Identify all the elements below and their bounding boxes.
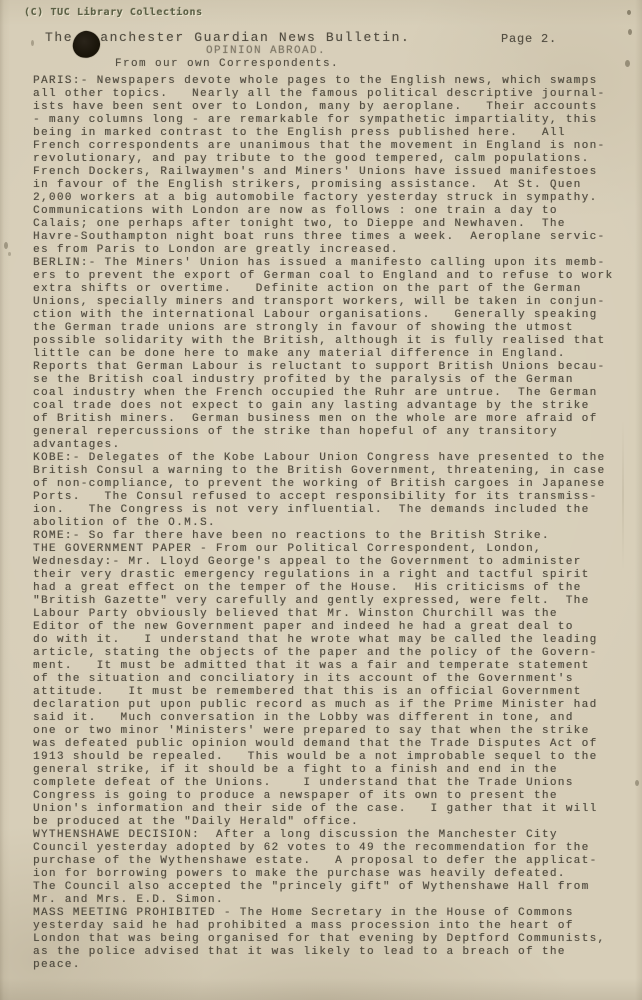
paper-crease: [622, 420, 624, 570]
text-line: possible solidarity with the British, al…: [33, 335, 630, 348]
text-line: general strike, if it should be a fight …: [33, 764, 630, 777]
text-line: ROME:- So far there have been no reactio…: [33, 530, 630, 543]
text-line: the German trade unions are strongly in …: [33, 322, 630, 335]
text-line: yesterday said he had prohibited a mass …: [33, 920, 630, 933]
ink-blot: [71, 29, 102, 60]
text-line: ists have been sent over to London, many…: [33, 101, 630, 114]
title-text-after: anchester Guardian News Bulletin.: [100, 30, 410, 45]
text-line: do with it. I understand that he wrote w…: [33, 634, 630, 647]
text-line: ment. It must be admitted that it was a …: [33, 660, 630, 673]
text-line: PARIS:- Newspapers devote whole pages to…: [33, 75, 630, 88]
text-line: was defeated public opinion would demand…: [33, 738, 630, 751]
text-line: WYTHENSHAWE DECISION: After a long discu…: [33, 829, 630, 842]
text-line: one or two minor 'Ministers' were prepar…: [33, 725, 630, 738]
text-line: Havre-Southampton night boat runs three …: [33, 231, 630, 244]
text-line: BERLIN:- The Miners' Union has issued a …: [33, 257, 630, 270]
paper-speck: [31, 40, 34, 46]
paper-speck: [628, 29, 632, 35]
text-line: of British miners. German business men o…: [33, 413, 630, 426]
text-line: 2,000 workers at a big automobile factor…: [33, 192, 630, 205]
text-line: of the situation and conciliatory in its…: [33, 673, 630, 686]
text-line: said it. Much conversation in the Lobby …: [33, 712, 630, 725]
body-text: PARIS:- Newspapers devote whole pages to…: [33, 75, 630, 972]
paper-speck: [4, 242, 8, 249]
text-line: The Council also accepted the "princely …: [33, 881, 630, 894]
text-line: coal trade does not expect to gain any l…: [33, 400, 630, 413]
text-line: se the British coal industry profited by…: [33, 374, 630, 387]
paper-speck: [625, 60, 630, 67]
text-line: in favour of the English strikers, promi…: [33, 179, 630, 192]
text-line: Unions, specially miners and transport w…: [33, 296, 630, 309]
paper-speck: [627, 10, 631, 15]
text-line: article, stating the objects of the pape…: [33, 647, 630, 660]
text-line: London that was being organised for that…: [33, 933, 630, 946]
page-number: Page 2.: [501, 32, 557, 46]
text-line: Editor of the new Government paper and i…: [33, 621, 630, 634]
text-line: es from Paris to London are greatly incr…: [33, 244, 630, 257]
title-text-before: The: [45, 30, 73, 45]
text-line: - many columns long - are remarkable for…: [33, 114, 630, 127]
text-line: THE GOVERNMENT PAPER - From our Politica…: [33, 543, 630, 556]
text-line: declaration put upon public record as mu…: [33, 699, 630, 712]
copyright-watermark: (C) TUC Library Collections: [24, 7, 203, 18]
text-line: all other topics. Nearly all the famous …: [33, 88, 630, 101]
document-page: (C) TUC Library Collections Theanchester…: [0, 0, 642, 1000]
text-line: attitude. It must be remembered that thi…: [33, 686, 630, 699]
text-line: 1913 should be repealed. This would be a…: [33, 751, 630, 764]
section-heading: OPINION ABROAD.: [206, 45, 326, 57]
text-line: being in marked contrast to the English …: [33, 127, 630, 140]
text-line: Union's information and their side of th…: [33, 803, 630, 816]
text-line: had a great effect on the temper of the …: [33, 582, 630, 595]
text-line: little can be done here to make any mate…: [33, 348, 630, 361]
text-line: ion for borrowing powers to make the pur…: [33, 868, 630, 881]
text-line: MASS MEETING PROHIBITED - The Home Secre…: [33, 907, 630, 920]
text-line: ers to prevent the export of German coal…: [33, 270, 630, 283]
text-line: Wednesday:- Mr. Lloyd George's appeal to…: [33, 556, 630, 569]
text-line: Congress is going to produce a newspaper…: [33, 790, 630, 803]
text-line: their very drastic emergency regulations…: [33, 569, 630, 582]
text-line: of non-compliance, to prevent the workin…: [33, 478, 630, 491]
text-line: KOBE:- Delegates of the Kobe Labour Unio…: [33, 452, 630, 465]
text-line: purchase of the Wythenshawe estate. A pr…: [33, 855, 630, 868]
text-line: be produced at the "Daily Herald" office…: [33, 816, 630, 829]
text-line: Labour Party obviously believed that Mr.…: [33, 608, 630, 621]
text-line: Ports. The Consul refused to accept resp…: [33, 491, 630, 504]
text-line: Reports that German Labour is reluctant …: [33, 361, 630, 374]
text-line: general repercussions of the strike than…: [33, 426, 630, 439]
byline: From our own Correspondents.: [115, 58, 339, 70]
text-line: advantages.: [33, 439, 630, 452]
text-line: extra shifts or overtime. Definite actio…: [33, 283, 630, 296]
text-line: coal industry when the French occupied t…: [33, 387, 630, 400]
text-line: French correspondents are unanimous that…: [33, 140, 630, 153]
text-line: peace.: [33, 959, 630, 972]
text-line: revolutionary, and pay tribute to the go…: [33, 153, 630, 166]
text-line: as the police advised that it was likely…: [33, 946, 630, 959]
text-line: Communications with London are now as fo…: [33, 205, 630, 218]
text-line: "British Gazette" very carefully and gen…: [33, 595, 630, 608]
text-line: abolition of the O.M.S.: [33, 517, 630, 530]
paper-speck: [8, 252, 11, 256]
text-line: complete defeat of the Unions. I underst…: [33, 777, 630, 790]
paper-speck: [635, 780, 639, 786]
text-line: ion. The Congress is not very influentia…: [33, 504, 630, 517]
text-line: British Consul a warning to the British …: [33, 465, 630, 478]
text-line: Council yesterday adopted by 62 votes to…: [33, 842, 630, 855]
text-line: ction with the international Labour orga…: [33, 309, 630, 322]
text-line: Mr. and Mrs. E.D. Simon.: [33, 894, 630, 907]
text-line: French Dockers, Railwaymen's and Miners'…: [33, 166, 630, 179]
text-line: Calais; one perhaps after tonight two, t…: [33, 218, 630, 231]
